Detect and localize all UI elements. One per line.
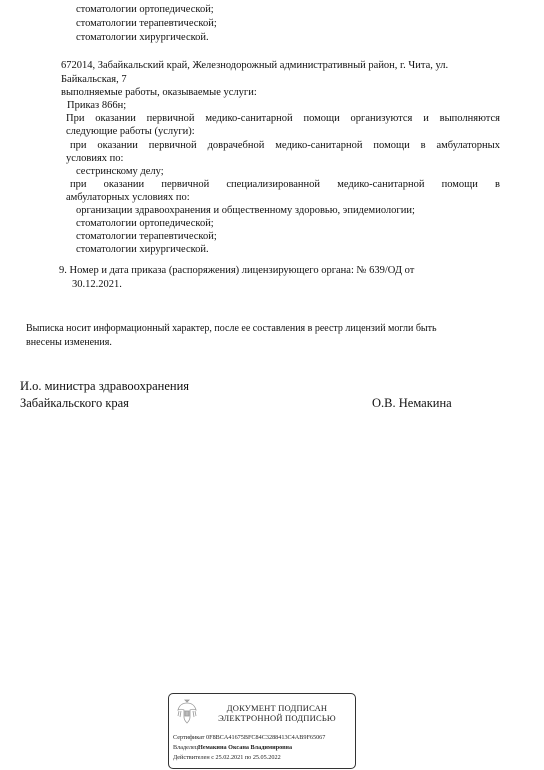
electronic-signature-stamp: ДОКУМЕНТ ПОДПИСАН ЭЛЕКТРОННОЙ ПОДПИСЬЮ С… [168,693,356,769]
validity-line: Действителен с 25.02.2021 по 25.05.2022 [173,754,281,762]
order-number: Приказ 866н; [67,99,126,112]
disclaimer: внесены изменения. [26,336,112,349]
signer-position: Забайкальского края [20,395,129,411]
top-list-item: стоматологии ортопедической; [76,3,214,16]
prenurse-line: при оказании первичной доврачебной медик… [70,139,500,152]
top-list-item: стоматологии терапевтической; [76,17,217,30]
top-list-item: стоматологии хирургической. [76,31,209,44]
specialized-line: амбулаторных условиях по: [66,191,190,204]
bottom-list-item: стоматологии хирургической. [76,243,209,256]
prenurse-line: условиях по: [66,152,123,165]
address-line: 672014, Забайкальский край, Железнодорож… [61,59,448,72]
primary-care-line: следующие работы (услуги): [66,125,195,138]
nursing-item: сестринскому делу; [76,165,164,178]
item-9-date: 30.12.2021. [72,278,122,291]
works-heading: выполняемые работы, оказываемые услуги: [61,86,257,99]
item-9: 9. Номер и дата приказа (распоряжения) л… [59,264,414,277]
certificate-line: Сертификат 0F8BCA41675BFC84C3288413C4AB9… [173,734,325,742]
signer-name: О.В. Немакина [372,395,452,411]
specialized-line: при оказании первичной специализированно… [70,178,500,191]
coat-of-arms-icon [176,699,198,725]
primary-care-line: При оказании первичной медико-санитарной… [66,112,500,125]
bottom-list-item: организации здравоохранения и общественн… [76,204,415,217]
bottom-list-item: стоматологии терапевтической; [76,230,217,243]
signer-position: И.о. министра здравоохранения [20,378,189,394]
address-line: Байкальская, 7 [61,73,127,86]
owner-line: ВладелецНемакина Оксана Владимировна [173,744,292,752]
stamp-title: ДОКУМЕНТ ПОДПИСАН ЭЛЕКТРОННОЙ ПОДПИСЬЮ [207,703,347,723]
bottom-list-item: стоматологии ортопедической; [76,217,214,230]
disclaimer: Выписка носит информационный характер, п… [26,322,437,335]
